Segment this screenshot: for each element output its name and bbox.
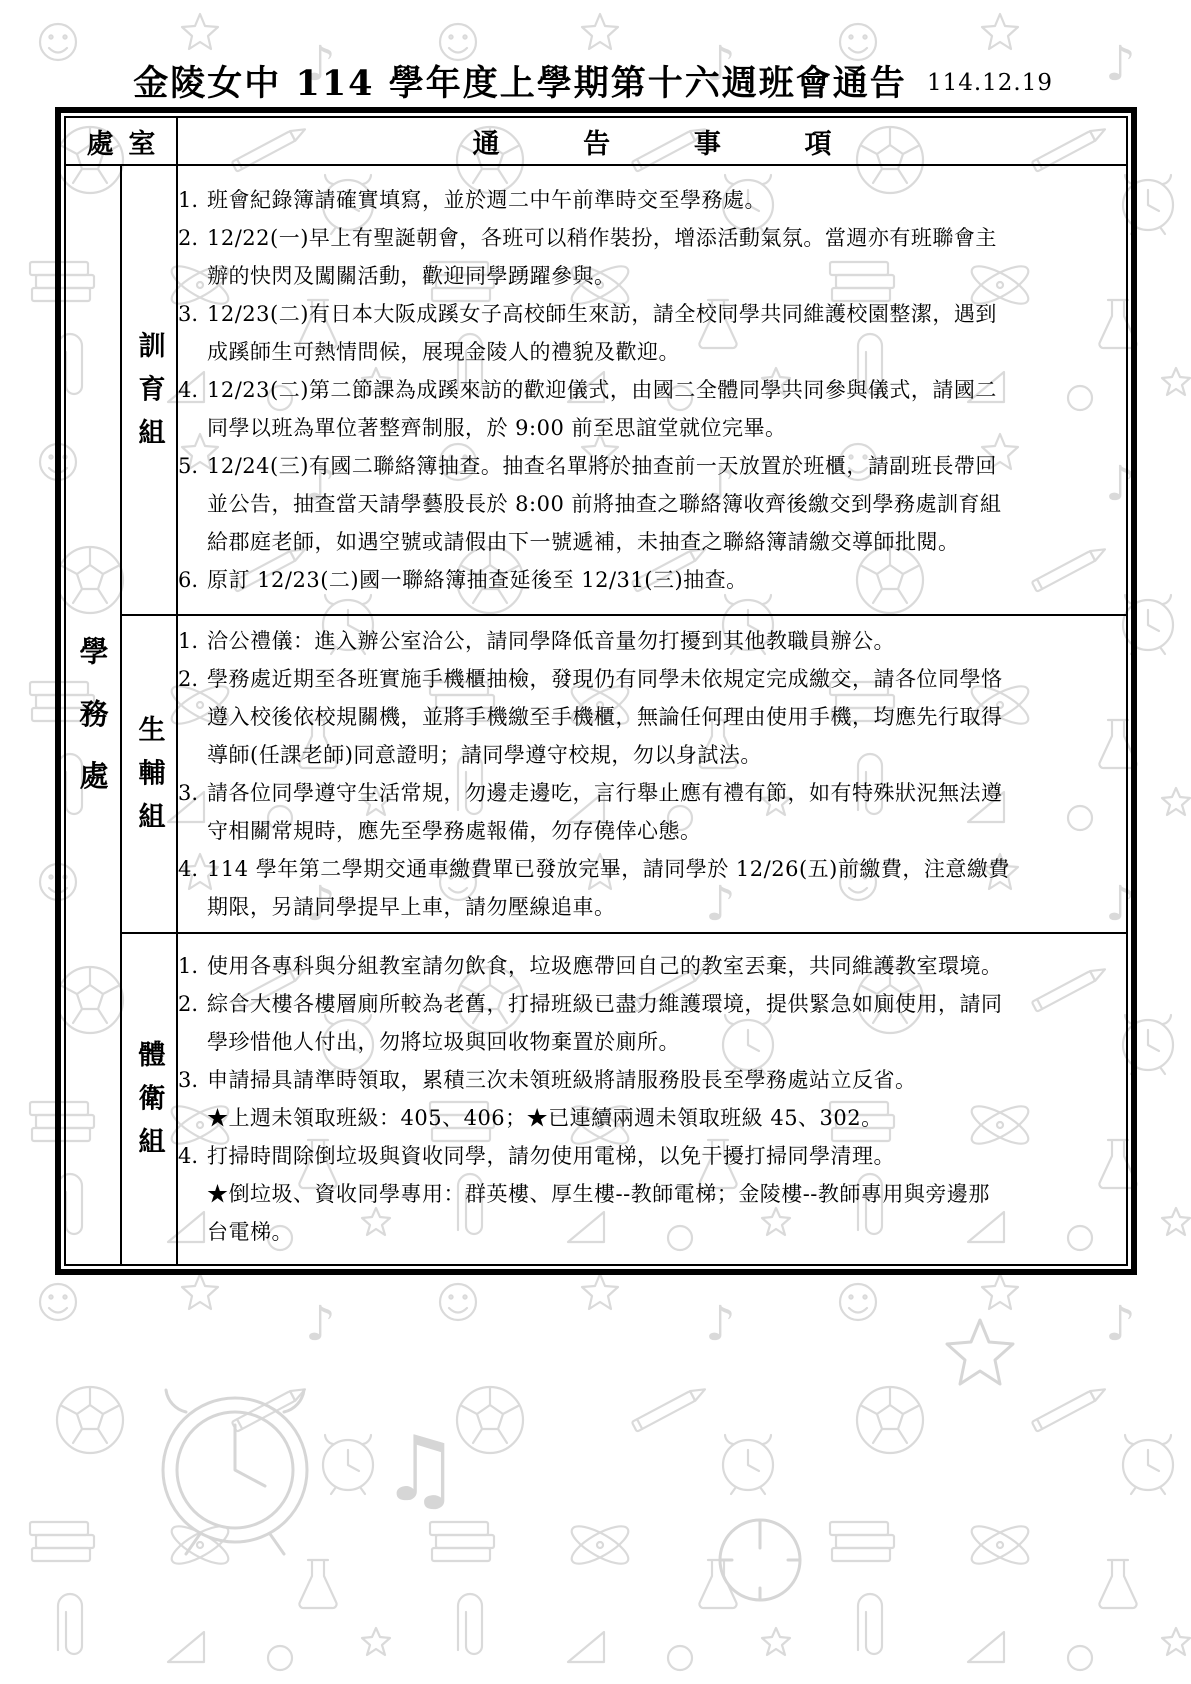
group-cell-health: 體衛組 <box>121 933 177 1265</box>
item-number: 4. <box>178 1137 207 1175</box>
item-number: 3. <box>178 295 207 333</box>
office-label: 學務處 <box>73 636 114 823</box>
table-header-row: 處室 通告事項 <box>65 117 1127 165</box>
item-number: 2. <box>178 985 207 1023</box>
item-number: 1. <box>178 622 207 660</box>
notice-item: 2. 學務處近期至各班實施手機櫃抽檢，發現仍有同學未依規定完成繳交，請各位同學恪… <box>178 660 1126 774</box>
item-text: 洽公禮儀：進入辦公室洽公，請同學降低音量勿打擾到其他教職員辦公。 <box>207 622 1126 660</box>
office-cell: 學務處 <box>65 165 121 1265</box>
items-cell-discipline: 1. 洽公禮儀：進入辦公室洽公，請同學降低音量勿打擾到其他教職員辦公。 2. 學… <box>177 615 1127 933</box>
document-date: 114.12.19 <box>927 70 1053 96</box>
notice-item: 1. 使用各專科與分組教室請勿飲食，垃圾應帶回自己的教室丟棄，共同維護教室環境。 <box>178 947 1126 985</box>
document-title: 金陵女中 114 學年度上學期第十六週班會通告 <box>0 56 1040 106</box>
notice-item: 1. 洽公禮儀：進入辦公室洽公，請同學降低音量勿打擾到其他教職員辦公。 <box>178 622 1126 660</box>
notice-item: 4. 打掃時間除倒垃圾與資收同學，請勿使用電梯，以免干擾打掃同學清理。 ★倒垃圾… <box>178 1137 1126 1251</box>
item-text: 學務處近期至各班實施手機櫃抽檢，發現仍有同學未依規定完成繳交，請各位同學恪 遵入… <box>207 660 1126 774</box>
section-training: 學務處 訓育組 1. 班會紀錄簿請確實填寫，並於週二中午前準時交至學務處。 2.… <box>65 165 1127 615</box>
notice-item: 1. 班會紀錄簿請確實填寫，並於週二中午前準時交至學務處。 <box>178 181 1126 219</box>
item-number: 4. <box>178 371 207 409</box>
item-text: 12/23(二)有日本大阪成蹊女子高校師生來訪，請全校同學共同維護校園整潔，遇到… <box>207 295 1126 371</box>
notice-item: 2. 綜合大樓各樓層廁所較為老舊，打掃班級已盡力維護環境，提供緊急如廁使用，請同… <box>178 985 1126 1061</box>
items-cell-health: 1. 使用各專科與分組教室請勿飲食，垃圾應帶回自己的教室丟棄，共同維護教室環境。… <box>177 933 1127 1265</box>
item-text: 申請掃具請準時領取，累積三次未領班級將請服務股長至學務處站立反省。 ★上週未領取… <box>207 1061 1126 1137</box>
item-text: 綜合大樓各樓層廁所較為老舊，打掃班級已盡力維護環境，提供緊急如廁使用，請同 學珍… <box>207 985 1126 1061</box>
section-discipline: 生輔組 1. 洽公禮儀：進入辦公室洽公，請同學降低音量勿打擾到其他教職員辦公。 … <box>65 615 1127 933</box>
notice-item: 5. 12/24(三)有國二聯絡簿抽查。抽查名單將於抽查前一天放置於班櫃，請副班… <box>178 447 1126 561</box>
item-number: 5. <box>178 447 207 485</box>
item-text: 使用各專科與分組教室請勿飲食，垃圾應帶回自己的教室丟棄，共同維護教室環境。 <box>207 947 1126 985</box>
item-number: 1. <box>178 947 207 985</box>
item-number: 4. <box>178 850 207 888</box>
item-number: 2. <box>178 219 207 257</box>
notice-table: 處室 通告事項 學務處 訓育組 1. 班會紀錄簿請確實填寫，並於週二中午前準時交… <box>64 116 1128 1266</box>
notice-item: 2. 12/22(一)早上有聖誕朝會，各班可以稍作裝扮，增添活動氣氛。當週亦有班… <box>178 219 1126 295</box>
notice-item: 3. 12/23(二)有日本大阪成蹊女子高校師生來訪，請全校同學共同維護校園整潔… <box>178 295 1126 371</box>
header-notice-column: 通告事項 <box>177 117 1127 165</box>
item-number: 3. <box>178 774 207 812</box>
notice-item: 3. 請各位同學遵守生活常規，勿邊走邊吃，言行舉止應有禮有節，如有特殊狀況無法遵… <box>178 774 1126 850</box>
item-text: 12/24(三)有國二聯絡簿抽查。抽查名單將於抽查前一天放置於班櫃，請副班長帶回… <box>207 447 1126 561</box>
header-notice-label: 通告事項 <box>472 122 915 161</box>
notice-item: 3. 申請掃具請準時領取，累積三次未領班級將請服務股長至學務處站立反省。 ★上週… <box>178 1061 1126 1137</box>
item-number: 6. <box>178 561 207 599</box>
notice-item: 4. 114 學年第二學期交通車繳費單已發放完畢，請同學於 12/26(五)前繳… <box>178 850 1126 926</box>
item-number: 2. <box>178 660 207 698</box>
notice-item: 4. 12/23(二)第二節課為成蹊來訪的歡迎儀式，由國二全體同學共同參與儀式，… <box>178 371 1126 447</box>
header-office-label: 處室 <box>87 122 171 161</box>
notice-item: 6. 原訂 12/23(二)國一聯絡簿抽查延後至 12/31(三)抽查。 <box>178 561 1126 599</box>
item-text: 班會紀錄簿請確實填寫，並於週二中午前準時交至學務處。 <box>207 181 1126 219</box>
item-text: 12/23(二)第二節課為成蹊來訪的歡迎儀式，由國二全體同學共同參與儀式，請國二… <box>207 371 1126 447</box>
section-health: 體衛組 1. 使用各專科與分組教室請勿飲食，垃圾應帶回自己的教室丟棄，共同維護教… <box>65 933 1127 1265</box>
group-label-training: 訓育組 <box>130 331 169 462</box>
item-number: 3. <box>178 1061 207 1099</box>
page-header: 金陵女中 114 學年度上學期第十六週班會通告 114.12.19 <box>0 0 1191 100</box>
header-office-column: 處室 <box>65 117 177 165</box>
items-cell-training: 1. 班會紀錄簿請確實填寫，並於週二中午前準時交至學務處。 2. 12/22(一… <box>177 165 1127 615</box>
group-label-health: 體衛組 <box>130 1040 169 1171</box>
item-number: 1. <box>178 181 207 219</box>
item-text: 12/22(一)早上有聖誕朝會，各班可以稍作裝扮，增添活動氣氛。當週亦有班聯會主… <box>207 219 1126 295</box>
item-text: 原訂 12/23(二)國一聯絡簿抽查延後至 12/31(三)抽查。 <box>207 561 1126 599</box>
notice-table-frame: 處室 通告事項 學務處 訓育組 1. 班會紀錄簿請確實填寫，並於週二中午前準時交… <box>55 107 1137 1275</box>
group-label-discipline: 生輔組 <box>130 715 169 846</box>
item-text: 114 學年第二學期交通車繳費單已發放完畢，請同學於 12/26(五)前繳費，注… <box>207 850 1126 926</box>
group-cell-training: 訓育組 <box>121 165 177 615</box>
item-text: 請各位同學遵守生活常規，勿邊走邊吃，言行舉止應有禮有節，如有特殊狀況無法遵 守相… <box>207 774 1126 850</box>
group-cell-discipline: 生輔組 <box>121 615 177 933</box>
item-text: 打掃時間除倒垃圾與資收同學，請勿使用電梯，以免干擾打掃同學清理。 ★倒垃圾、資收… <box>207 1137 1126 1251</box>
svg-text:♫: ♫ <box>380 1417 461 1522</box>
